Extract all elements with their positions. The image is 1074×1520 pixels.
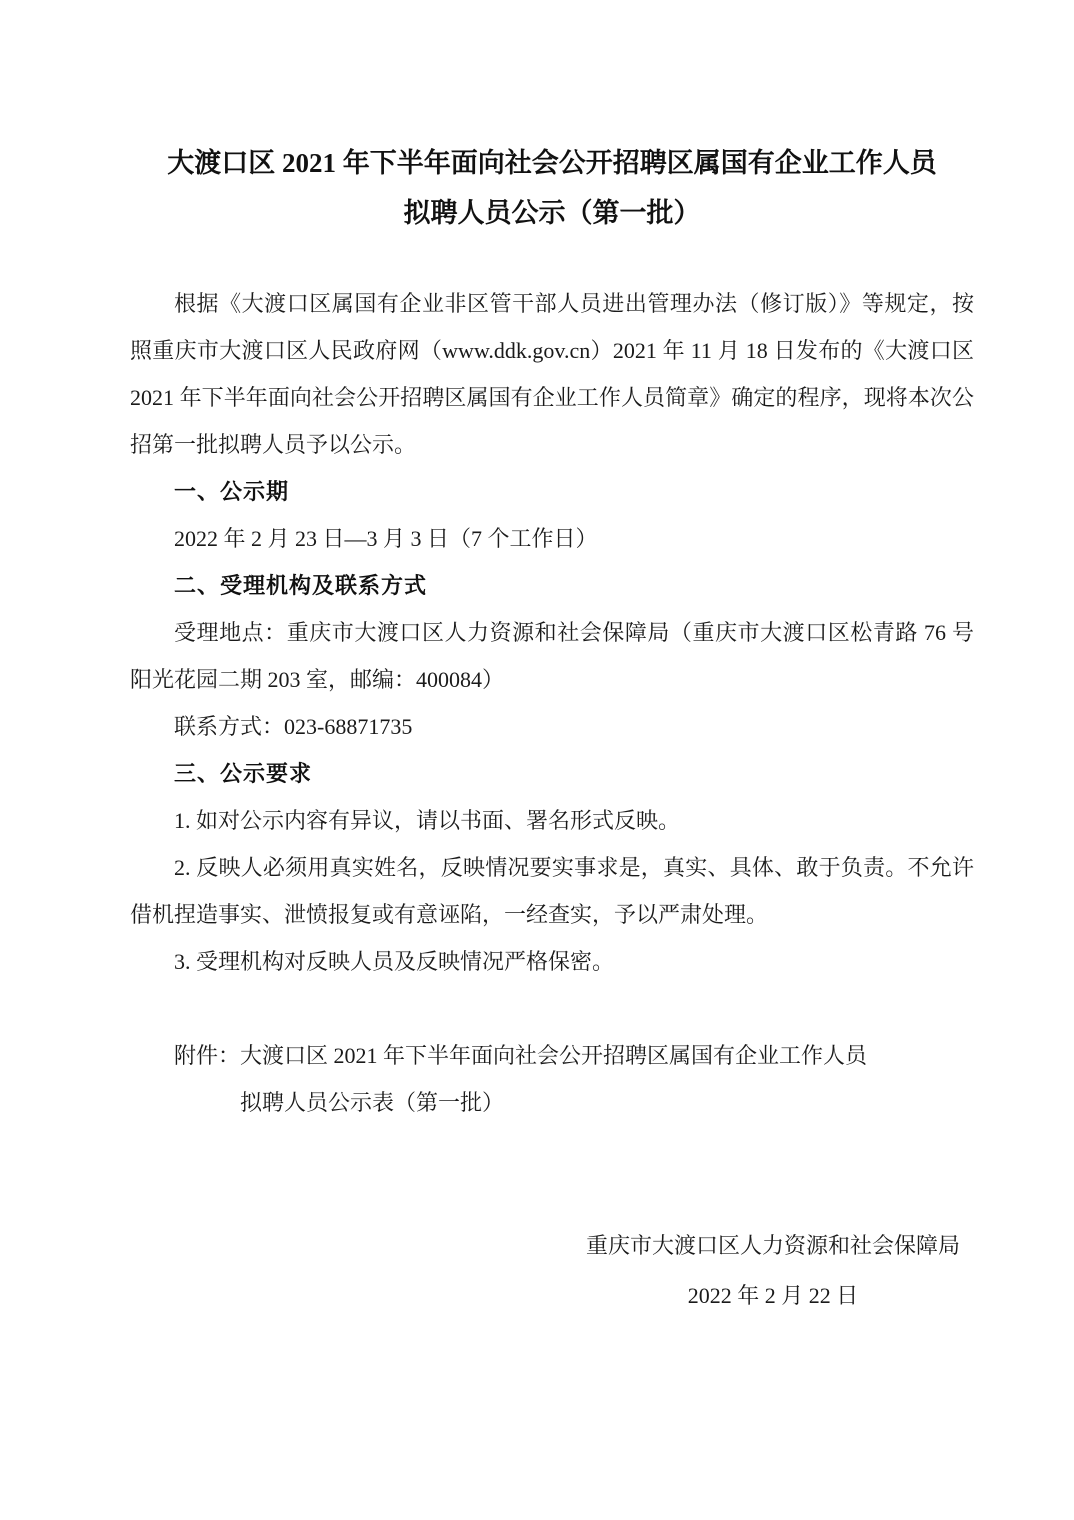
attachment-note: 附件：大渡口区 2021 年下半年面向社会公开招聘区属国有企业工作人员 拟聘人员… bbox=[130, 1032, 974, 1126]
intro-paragraph: 根据《大渡口区属国有企业非区管干部人员进出管理办法（修订版）》等规定，按照重庆市… bbox=[130, 280, 974, 468]
signature-date: 2022 年 2 月 22 日 bbox=[586, 1271, 960, 1321]
attachment-title-part-2: 拟聘人员公示表（第一批） bbox=[240, 1079, 974, 1126]
signature-block: 重庆市大渡口区人力资源和社会保障局 2022 年 2 月 22 日 bbox=[130, 1221, 974, 1321]
section-1-paragraph-1: 2022 年 2 月 23 日—3 月 3 日（7 个工作日） bbox=[130, 515, 974, 562]
signature-inner: 重庆市大渡口区人力资源和社会保障局 2022 年 2 月 22 日 bbox=[586, 1221, 960, 1321]
signature-organization: 重庆市大渡口区人力资源和社会保障局 bbox=[586, 1221, 960, 1271]
section-2-heading: 二、受理机构及联系方式 bbox=[130, 562, 974, 609]
attachment-line-1: 附件：大渡口区 2021 年下半年面向社会公开招聘区属国有企业工作人员 bbox=[130, 1032, 974, 1079]
section-3-paragraph-2: 2. 反映人必须用真实姓名，反映情况要实事求是，真实、具体、敢于负责。不允许借机… bbox=[130, 844, 974, 938]
document-title-line-2: 拟聘人员公示（第一批） bbox=[130, 188, 974, 238]
section-3-heading: 三、公示要求 bbox=[130, 750, 974, 797]
document-title-line-1: 大渡口区 2021 年下半年面向社会公开招聘区属国有企业工作人员 bbox=[130, 138, 974, 188]
section-1-heading: 一、公示期 bbox=[130, 468, 974, 515]
attachment-title-part-1: 大渡口区 2021 年下半年面向社会公开招聘区属国有企业工作人员 bbox=[240, 1043, 867, 1068]
attachment-label: 附件： bbox=[174, 1043, 240, 1068]
section-3-paragraph-3: 3. 受理机构对反映人员及反映情况严格保密。 bbox=[130, 938, 974, 985]
document-page: 大渡口区 2021 年下半年面向社会公开招聘区属国有企业工作人员 拟聘人员公示（… bbox=[0, 0, 1074, 1520]
section-2-paragraph-1: 受理地点：重庆市大渡口区人力资源和社会保障局（重庆市大渡口区松青路 76 号阳光… bbox=[130, 609, 974, 703]
section-2-paragraph-2: 联系方式：023-68871735 bbox=[130, 703, 974, 750]
section-3-paragraph-1: 1. 如对公示内容有异议，请以书面、署名形式反映。 bbox=[130, 797, 974, 844]
document-title: 大渡口区 2021 年下半年面向社会公开招聘区属国有企业工作人员 拟聘人员公示（… bbox=[130, 138, 974, 238]
